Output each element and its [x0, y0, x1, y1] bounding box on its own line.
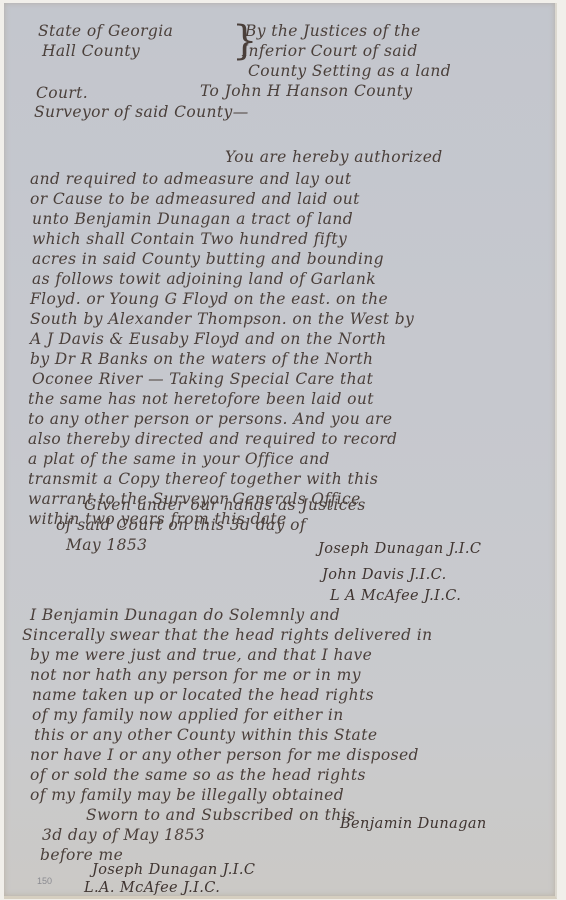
handwritten-line: Oconee River — Taking Special Care that [32, 370, 373, 388]
handwritten-line: of my family now applied for either in [32, 706, 344, 724]
handwritten-line: this or any other County within this Sta… [34, 726, 377, 744]
folio-number: 150 [37, 876, 52, 886]
handwritten-line: Floyd. or Young G Floyd on the east. on … [30, 290, 388, 308]
handwritten-line: to any other person or persons. And you … [28, 410, 392, 428]
handwritten-line: a plat of the same in your Office and [28, 450, 330, 468]
handwritten-line: nor have I or any other person for me di… [30, 746, 419, 764]
handwritten-line: Surveyor of said County— [34, 103, 249, 121]
handwritten-line: 3d day of May 1853 [42, 826, 205, 844]
handwritten-line: Inferior Court of said [242, 42, 418, 60]
handwritten-line: May 1853 [66, 536, 147, 554]
handwritten-line: also thereby directed and required to re… [28, 430, 397, 448]
handwritten-line: name taken up or located the head rights [32, 686, 374, 704]
handwritten-line: I Benjamin Dunagan do Solemnly and [30, 606, 340, 624]
handwritten-line: South by Alexander Thompson. on the West… [30, 310, 414, 328]
signature: John Davis J.I.C. [322, 567, 447, 583]
signature: Benjamin Dunagan [340, 816, 487, 832]
handwritten-line: Hall County [42, 42, 140, 60]
handwritten-line: of or sold the same so as the head right… [30, 766, 366, 784]
handwritten-line: of said Court on this 3d day of [56, 516, 306, 534]
handwritten-line: By the Justices of the [245, 22, 421, 40]
signature: L.A. McAfee J.I.C. [84, 880, 220, 896]
handwritten-line: or Cause to be admeasured and laid out [30, 190, 360, 208]
document-page: } State of GeorgiaBy the Justices of the… [4, 3, 557, 899]
handwritten-line: Sincerally swear that the head rights de… [22, 626, 433, 644]
handwritten-line: A J Davis & Eusaby Floyd and on the Nort… [30, 330, 387, 348]
handwritten-line: Given under our hands as Justices [84, 496, 366, 514]
handwritten-line: Court. [36, 84, 88, 102]
handwritten-line: which shall Contain Two hundred fifty [32, 230, 347, 248]
handwritten-line: and required to admeasure and lay out [30, 170, 351, 188]
handwritten-line: Sworn to and Subscribed on this [86, 806, 355, 824]
handwritten-line: To John H Hanson County [200, 82, 413, 100]
handwritten-line: not nor hath any person for me or in my [30, 666, 361, 684]
handwritten-line: transmit a Copy thereof together with th… [28, 470, 378, 488]
handwritten-line: unto Benjamin Dunagan a tract of land [32, 210, 353, 228]
handwritten-line: the same has not heretofore been laid ou… [28, 390, 374, 408]
handwritten-line: as follows towit adjoining land of Garla… [32, 270, 376, 288]
handwritten-line: You are hereby authorized [225, 148, 443, 166]
handwritten-line: by Dr R Banks on the waters of the North [30, 350, 373, 368]
handwritten-line: acres in said County butting and boundin… [32, 250, 384, 268]
handwritten-line: of my family may be illegally obtained [30, 786, 344, 804]
signature: Joseph Dunagan J.I.C [318, 541, 481, 557]
signature: Joseph Dunagan J.I.C [92, 862, 255, 878]
handwritten-line: State of Georgia [38, 22, 173, 40]
handwritten-line: by me were just and true, and that I hav… [30, 646, 372, 664]
handwritten-line: County Setting as a land [248, 62, 451, 80]
signature: L A McAfee J.I.C. [330, 588, 461, 604]
